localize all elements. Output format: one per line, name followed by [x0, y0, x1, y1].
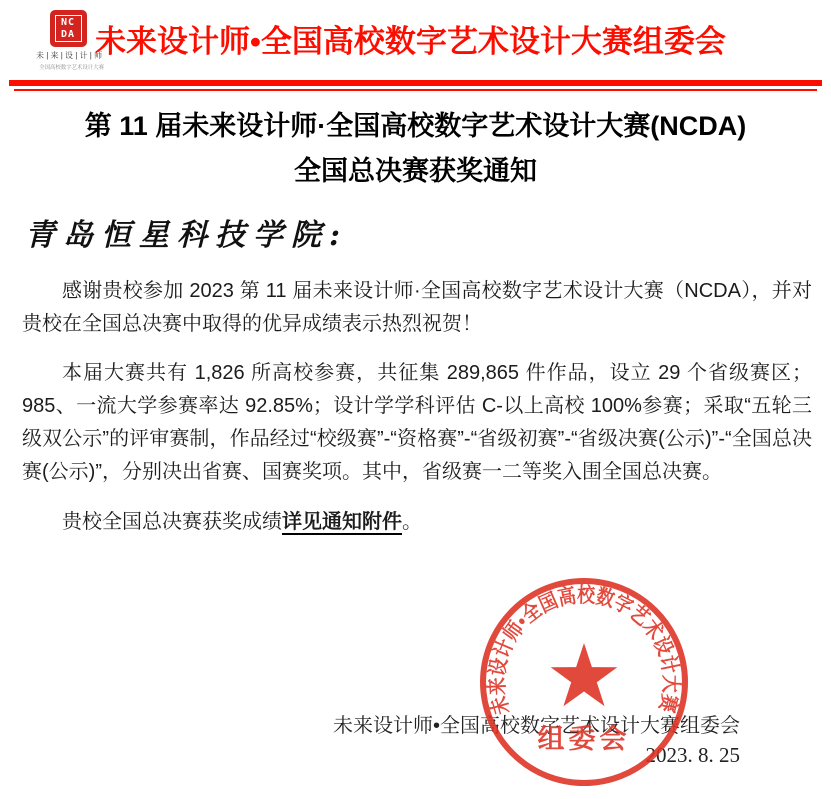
header-rule-thin	[14, 89, 817, 91]
letterhead: NC DA 未 | 来 | 设 | 计 | 师 全国高校数字艺术设计大赛 未来设…	[0, 0, 831, 78]
ncda-monogram-bottom: DA	[61, 29, 75, 41]
seal-bottom-text: 组委会	[538, 724, 631, 754]
logo-name-chars: 未 | 来 | 设 | 计 | 师	[36, 50, 100, 61]
result-emphasis: 详见通知附件	[282, 511, 402, 535]
star-icon	[551, 643, 618, 706]
document-title-line2: 全国总决赛获奖通知	[0, 149, 831, 194]
award-notice-document: { "header": { "accent_color": "#fb0e00",…	[0, 0, 831, 799]
ncda-logo: NC DA 未 | 来 | 设 | 计 | 师 全国高校数字艺术设计大赛	[36, 10, 100, 71]
result-suffix: 。	[402, 511, 422, 533]
document-title-line1: 第 11 届未来设计师·全国高校数字艺术设计大赛(NCDA)	[0, 104, 831, 149]
paragraph-statistics: 本届大赛共有 1,826 所高校参赛，共征集 289,865 件作品，设立 29…	[22, 357, 812, 489]
official-seal: 未来设计师•全国高校数字艺术设计大赛 组委会	[474, 572, 694, 792]
ncda-monogram: NC DA	[55, 15, 82, 42]
recipient-salutation: 青岛恒星科技学院:	[25, 210, 831, 254]
document-title: 第 11 届未来设计师·全国高校数字艺术设计大赛(NCDA) 全国总决赛获奖通知	[0, 104, 831, 194]
ncda-monogram-top: NC	[61, 17, 75, 29]
logo-subtitle: 全国高校数字艺术设计大赛	[39, 62, 97, 70]
result-prefix: 贵校全国总决赛获奖成绩	[62, 511, 282, 533]
committee-title: 未来设计师•全国高校数字艺术设计大赛组委会	[95, 16, 726, 61]
paragraph-result: 贵校全国总决赛获奖成绩详见通知附件。	[22, 506, 812, 539]
ncda-logo-icon: NC DA	[50, 10, 87, 47]
header-rule-thick	[9, 80, 822, 86]
paragraph-thanks: 感谢贵校参加 2023 第 11 届未来设计师·全国高校数字艺术设计大赛（NCD…	[22, 275, 812, 341]
letter-body: 感谢贵校参加 2023 第 11 届未来设计师·全国高校数字艺术设计大赛（NCD…	[22, 275, 812, 539]
